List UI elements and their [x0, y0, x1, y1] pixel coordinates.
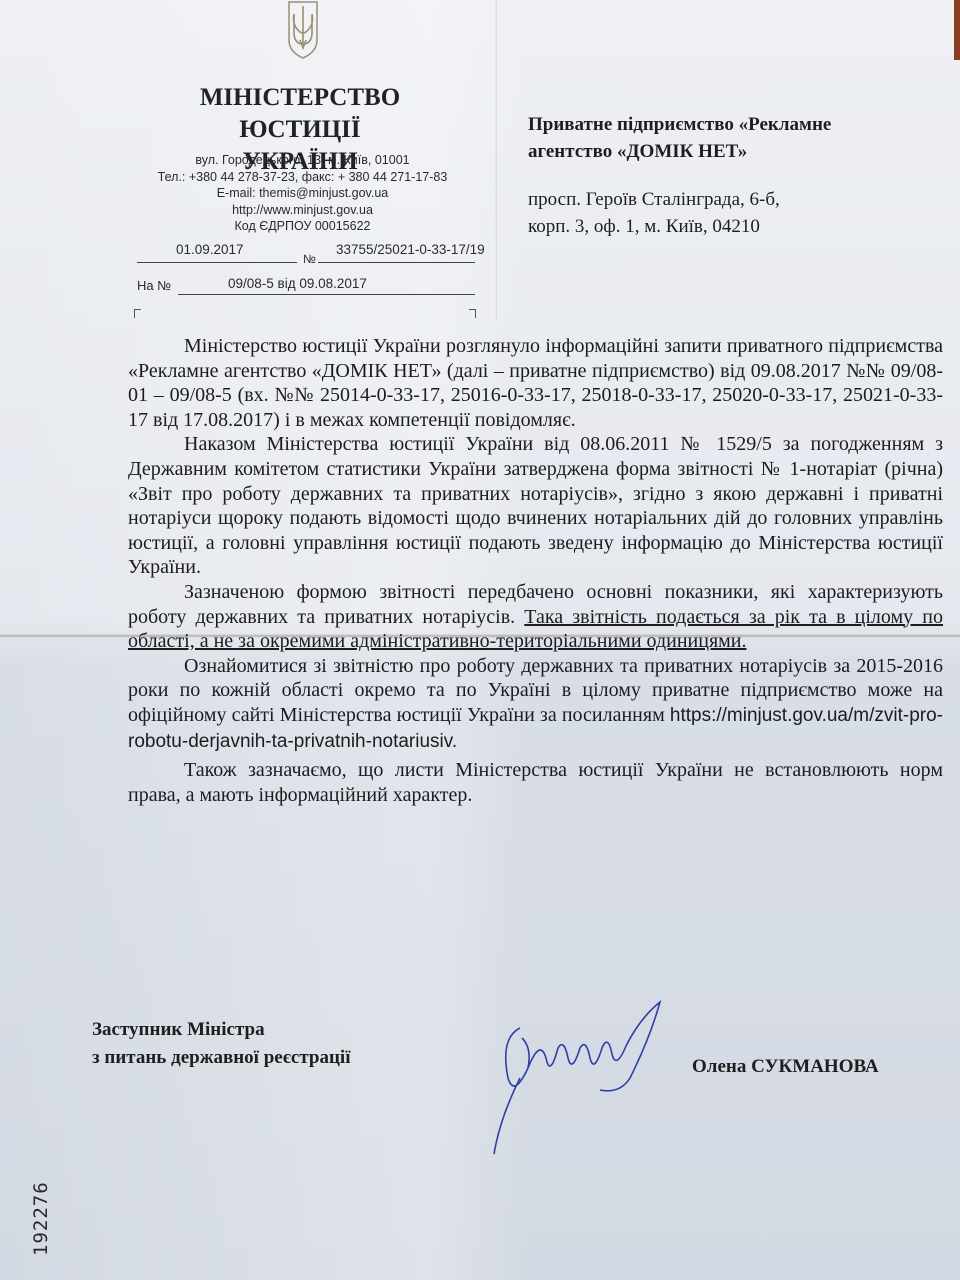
signer-position: Заступник Міністра з питань державної ре…: [92, 1016, 351, 1072]
table-edge: [954, 0, 960, 60]
paper-fold-vertical: [494, 0, 497, 320]
ministry-title-line1: МІНІСТЕРСТВО ЮСТИЦІЇ: [140, 82, 460, 146]
ministry-email: E-mail: themis@minjust.gov.ua: [130, 185, 475, 202]
paragraph-2: Наказом Міністерства юстиції України від…: [128, 432, 943, 580]
recipient-address-line1: просп. Героїв Сталінграда, 6-б,: [528, 186, 948, 213]
reply-underline: [178, 294, 475, 295]
letter-page: МІНІСТЕРСТВО ЮСТИЦІЇ УКРАЇНИ вул. Городе…: [0, 0, 960, 1280]
outgoing-date: 01.09.2017: [176, 242, 244, 257]
reply-to-reference: 09/08-5 від 09.08.2017: [228, 276, 367, 291]
outgoing-number: 33755/25021-0-33-17/19: [336, 242, 485, 257]
recipient-address: просп. Героїв Сталінграда, 6-б, корп. 3,…: [528, 186, 948, 240]
ministry-address: вул. Городецького, 13, м. Київ, 01001: [130, 152, 475, 169]
number-label: №: [303, 252, 316, 266]
recipient-address-line2: корп. 3, оф. 1, м. Київ, 04210: [528, 213, 948, 240]
reply-label: На №: [137, 278, 171, 293]
corner-mark-left: [134, 309, 141, 318]
signer-position-line2: з питань державної реєстрації: [92, 1044, 351, 1072]
ministry-edrpou: Код ЄДРПОУ 00015622: [130, 218, 475, 235]
recipient-name-line1: Приватне підприємство «Рекламне: [528, 111, 948, 138]
signer-position-line1: Заступник Міністра: [92, 1016, 351, 1044]
ministry-website: http://www.minjust.gov.ua: [130, 202, 475, 219]
recipient-name-line2: агентство «ДОМІК НЕТ»: [528, 138, 948, 165]
paragraph-4: Ознайомитися зі звітністю про роботу дер…: [128, 654, 943, 754]
paragraph-3: Зазначеною формою звітності передбачено …: [128, 580, 943, 654]
signer-name: Олена СУКМАНОВА: [692, 1056, 879, 1078]
ministry-phone: Тел.: +380 44 278-37-23, факс: + 380 44 …: [130, 169, 475, 186]
document-serial-number: 192276: [30, 1136, 54, 1256]
ministry-contact-block: вул. Городецького, 13, м. Київ, 01001 Те…: [130, 152, 475, 235]
recipient-name: Приватне підприємство «Рекламне агентств…: [528, 111, 948, 165]
paragraph-5: Також зазначаємо, що листи Міністерства …: [128, 758, 943, 807]
letter-body: Міністерство юстиції України розглянуло …: [128, 334, 943, 807]
handwritten-signature-icon: [480, 998, 670, 1158]
date-underline: [137, 262, 297, 263]
paragraph-1: Міністерство юстиції України розглянуло …: [128, 334, 943, 432]
trident-coat-of-arms-icon: [287, 0, 319, 60]
number-underline: [318, 262, 475, 263]
corner-mark-right: [469, 309, 476, 318]
